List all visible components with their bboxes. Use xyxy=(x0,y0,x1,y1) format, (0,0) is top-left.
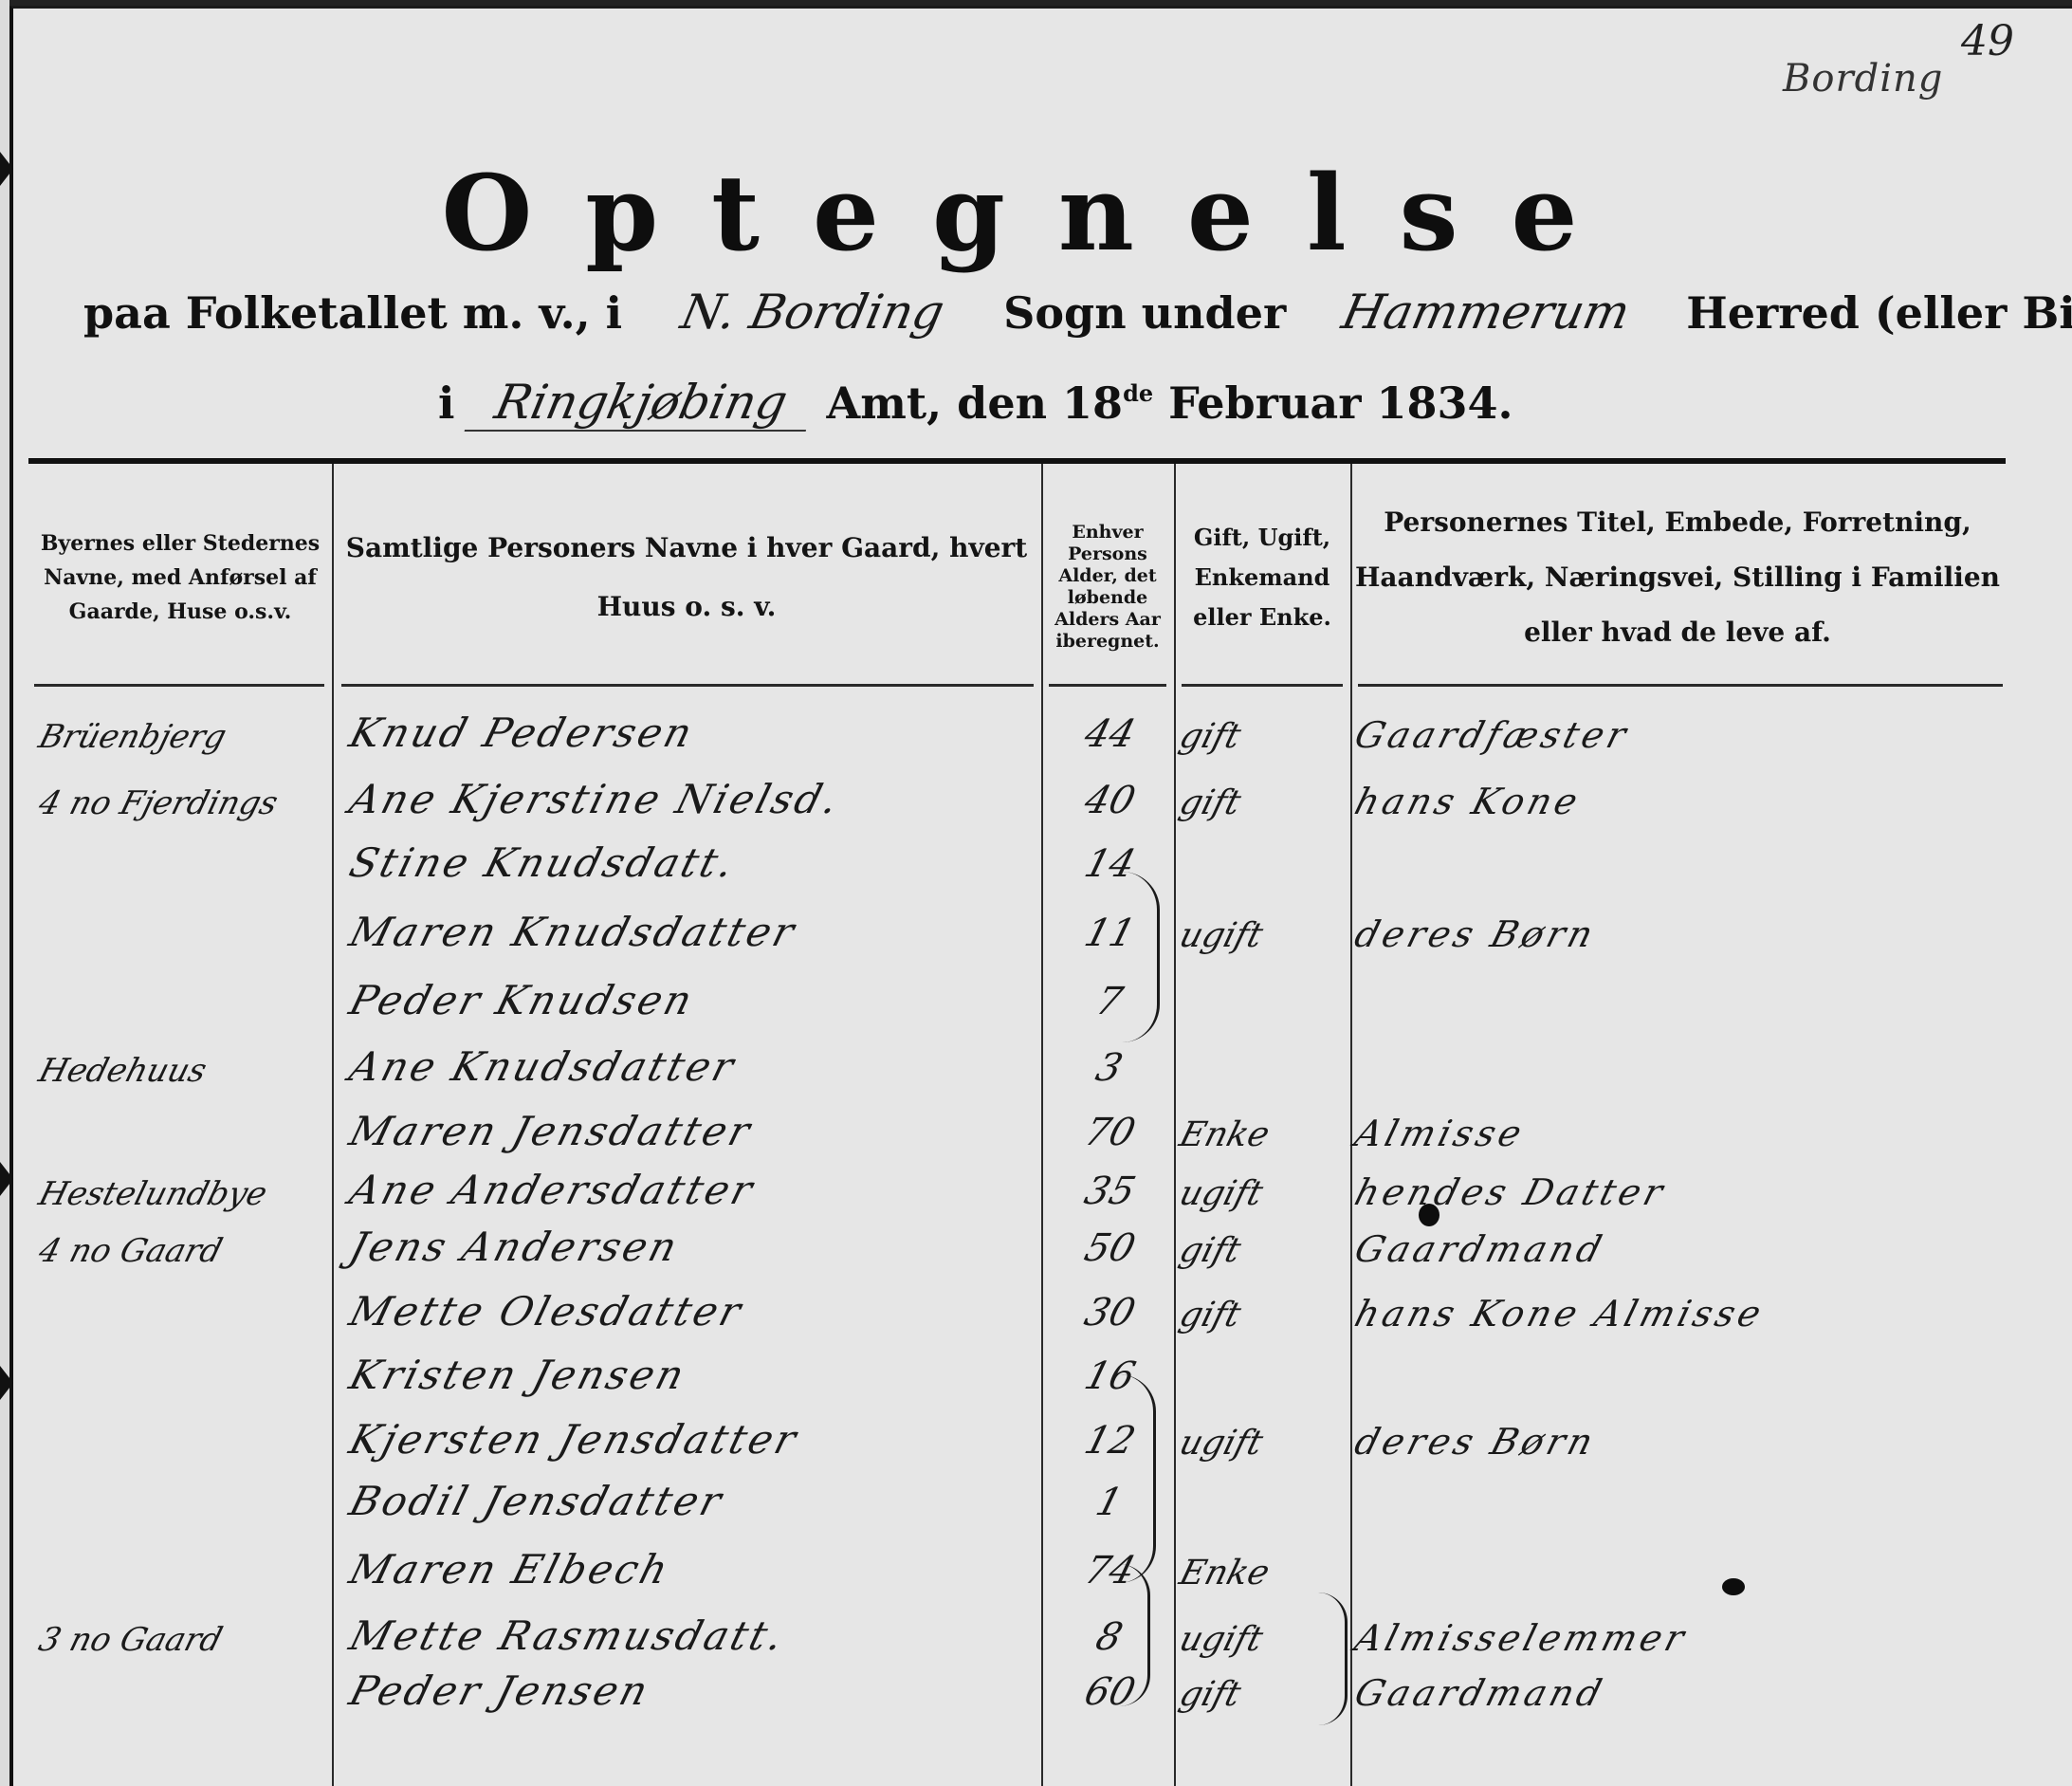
table-row: 4 no Fjerdings Ane Kjerstine Nielsd. 40 … xyxy=(28,765,2006,822)
header-names: Samtlige Personers Navne i hver Gaard, h… xyxy=(332,483,1041,672)
place-cell xyxy=(40,829,324,886)
date-ordinal: de xyxy=(1123,379,1153,407)
age-cell: 30 xyxy=(1053,1278,1166,1335)
name-cell: Maren Jensdatter xyxy=(351,1097,1034,1154)
grouping-brace xyxy=(1119,872,1160,1042)
name-cell: Ane Knudsdatter xyxy=(351,1033,1034,1090)
table-row: Hestelundbye Ane Andersdatter 35 ugift h… xyxy=(28,1156,2006,1213)
status-cell: gift xyxy=(1181,765,1347,822)
status-cell xyxy=(1181,967,1347,1023)
header-rule xyxy=(1049,684,1166,687)
name-cell: Jens Andersen xyxy=(351,1213,1034,1270)
document-title: Optegnelse xyxy=(0,152,2072,274)
age-cell: 44 xyxy=(1053,699,1166,756)
name-cell: Mette Rasmusdatt. xyxy=(351,1602,1034,1659)
place-cell xyxy=(40,1467,324,1524)
occupation-cell xyxy=(1356,829,2001,886)
header-rule xyxy=(1358,684,2003,687)
grouping-brace xyxy=(1119,1374,1156,1583)
name-cell: Peder Knudsen xyxy=(351,967,1034,1023)
occupation-cell: Gaardmand xyxy=(1356,1657,2001,1714)
status-cell xyxy=(1181,829,1347,886)
occupation-cell xyxy=(1356,1341,2001,1398)
sogn-label: Sogn under xyxy=(1003,287,1286,339)
place-cell xyxy=(40,1657,324,1714)
header-rule xyxy=(1182,684,1343,687)
header-occupation: Personernes Titel, Embede, Forretning, H… xyxy=(1350,483,2005,672)
date-rest: Februar 1834. xyxy=(1168,377,1513,429)
table-row: Peder Jensen 60 gift Gaardmand xyxy=(28,1657,2006,1714)
place-cell: Hestelundbye xyxy=(40,1156,324,1213)
table-row: Brüenbjerg Knud Pedersen 44 gift Gaardfæ… xyxy=(28,699,2006,756)
age-cell: 50 xyxy=(1053,1213,1166,1270)
name-cell: Kristen Jensen xyxy=(351,1341,1034,1398)
age-cell: 35 xyxy=(1053,1156,1166,1213)
name-cell: Mette Olesdatter xyxy=(351,1278,1034,1335)
page-number: 49 xyxy=(1961,17,2014,65)
table-row: Bodil Jensdatter 1 xyxy=(28,1467,2006,1524)
header-age: Enhver Persons Alder, det løbende Alders… xyxy=(1041,492,1174,682)
table-row: Hedehuus Ane Knudsdatter 3 xyxy=(28,1033,2006,1090)
occupation-cell: Gaardmand xyxy=(1356,1213,2001,1270)
table-row: Kristen Jensen 16 xyxy=(28,1341,2006,1398)
place-cell: Hedehuus xyxy=(40,1033,324,1090)
table-row: Stine Knudsdatt. 14 xyxy=(28,829,2006,886)
place-cell: 4 no Fjerdings xyxy=(40,765,324,822)
ink-blot xyxy=(1419,1204,1439,1226)
status-cell: ugift xyxy=(1181,1156,1347,1213)
place-cell xyxy=(40,898,324,955)
status-cell xyxy=(1181,1033,1347,1090)
date-day: 18 xyxy=(1062,377,1123,429)
occupation-cell: Almisselemmer xyxy=(1356,1602,2001,1659)
place-cell: 3 no Gaard xyxy=(40,1602,324,1659)
name-cell: Maren Elbech xyxy=(351,1536,1034,1593)
name-cell: Kjersten Jensdatter xyxy=(351,1406,1034,1463)
name-cell: Maren Knudsdatter xyxy=(351,898,1034,955)
occupation-cell xyxy=(1356,1033,2001,1090)
name-cell: Peder Jensen xyxy=(351,1657,1034,1714)
status-cell: ugift xyxy=(1181,898,1347,955)
place-cell: Brüenbjerg xyxy=(40,699,324,756)
table-row: Kjersten Jensdatter 12 ugift deres Børn xyxy=(28,1406,2006,1463)
ink-blot xyxy=(1722,1578,1745,1595)
sogn-value: N. Bording xyxy=(632,285,994,340)
table-row: Peder Knudsen 7 xyxy=(28,967,2006,1023)
table-row: 4 no Gaard Jens Andersen 50 gift Gaardma… xyxy=(28,1213,2006,1270)
census-table: Byernes eller Stedernes Navne, med Anfør… xyxy=(28,464,2006,1786)
herred-label: Herred (eller Birk) xyxy=(1686,287,2072,339)
status-cell: gift xyxy=(1181,1213,1347,1270)
table-row: 3 no Gaard Mette Rasmusdatt. 8 ugift Alm… xyxy=(28,1602,2006,1659)
amt-label: Amt, den xyxy=(827,377,1048,429)
age-cell: 40 xyxy=(1053,765,1166,822)
herred-value: Hammerum xyxy=(1295,285,1677,340)
occupation-cell: hans Kone Almisse xyxy=(1356,1278,2001,1335)
place-cell xyxy=(40,1278,324,1335)
place-cell: 4 no Gaard xyxy=(40,1213,324,1270)
name-cell: Stine Knudsdatt. xyxy=(351,829,1034,886)
subtitle-line-2: i Ringkjøbing Amt, den 18de Februar 1834… xyxy=(0,375,2072,432)
grouping-brace xyxy=(1318,1593,1348,1725)
subtitle-line-1: paa Folketallet m. v., i N. Bording Sogn… xyxy=(0,285,2072,340)
place-cell xyxy=(40,967,324,1023)
occupation-cell: hendes Datter xyxy=(1356,1156,2001,1213)
occupation-cell: Almisse xyxy=(1356,1097,2001,1154)
status-cell xyxy=(1181,1467,1347,1524)
status-cell: gift xyxy=(1181,1278,1347,1335)
place-cell xyxy=(40,1406,324,1463)
table-row: Maren Jensdatter 70 Enke Almisse xyxy=(28,1097,2006,1154)
table-row: Mette Olesdatter 30 gift hans Kone Almis… xyxy=(28,1278,2006,1335)
occupation-cell: hans Kone xyxy=(1356,765,2001,822)
name-cell: Ane Kjerstine Nielsd. xyxy=(351,765,1034,822)
header-marital-status: Gift, Ugift, Enkemand eller Enke. xyxy=(1174,483,1350,672)
subtitle-prefix: paa Folketallet m. v., i xyxy=(83,287,622,339)
place-cell xyxy=(40,1341,324,1398)
occupation-cell: deres Børn xyxy=(1356,1406,2001,1463)
occupation-cell: deres Børn xyxy=(1356,898,2001,955)
occupation-cell xyxy=(1356,1536,2001,1593)
status-cell: Enke xyxy=(1181,1097,1347,1154)
age-cell: 3 xyxy=(1053,1033,1166,1090)
occupation-cell xyxy=(1356,1467,2001,1524)
status-cell: ugift xyxy=(1181,1406,1347,1463)
table-row: Maren Knudsdatter 11 ugift deres Børn xyxy=(28,898,2006,955)
amt-value: Ringkjøbing xyxy=(464,375,817,432)
header-rule xyxy=(34,684,324,687)
header-rule xyxy=(341,684,1034,687)
place-cell xyxy=(40,1097,324,1154)
name-cell: Knud Pedersen xyxy=(351,699,1034,756)
occupation-cell: Gaardfæster xyxy=(1356,699,2001,756)
status-cell xyxy=(1181,1341,1347,1398)
amt-prefix: i xyxy=(438,377,454,429)
place-cell xyxy=(40,1536,324,1593)
archive-stamp: Bording xyxy=(1783,57,1943,101)
header-place: Byernes eller Stedernes Navne, med Anfør… xyxy=(28,483,332,672)
name-cell: Ane Andersdatter xyxy=(351,1156,1034,1213)
name-cell: Bodil Jensdatter xyxy=(351,1467,1034,1524)
grouping-brace xyxy=(1119,1564,1150,1706)
status-cell: Enke xyxy=(1181,1536,1347,1593)
status-cell: gift xyxy=(1181,699,1347,756)
age-cell: 14 xyxy=(1053,829,1166,886)
occupation-cell xyxy=(1356,967,2001,1023)
age-cell: 70 xyxy=(1053,1097,1166,1154)
table-row: Maren Elbech 74 Enke xyxy=(28,1536,2006,1593)
